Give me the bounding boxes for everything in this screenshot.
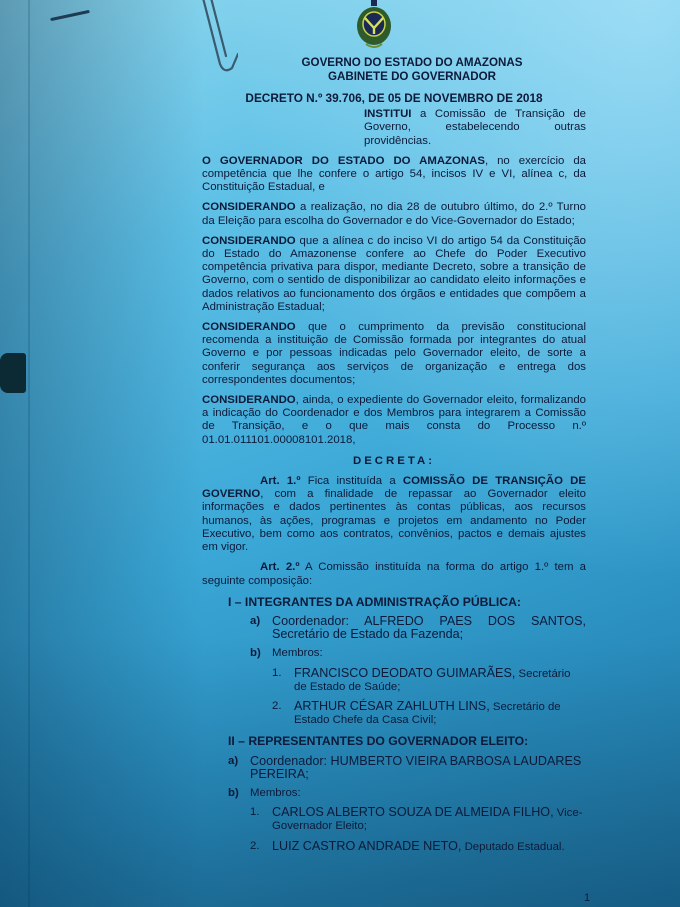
section-2-title: II – REPRESENTANTES DO GOVERNADOR ELEITO… — [228, 735, 586, 748]
page-fold — [28, 0, 30, 907]
government-heading: GOVERNO DO ESTADO DO AMAZONAS — [238, 56, 586, 70]
section-1-members: b)Membros: — [250, 647, 586, 660]
article-2: Art. 2.º A Comissão instituída na forma … — [202, 561, 586, 587]
member-item: 2.LUIZ CASTRO ANDRADE NETO, Deputado Est… — [250, 840, 586, 854]
section-2: II – REPRESENTANTES DO GOVERNADOR ELEITO… — [228, 735, 586, 853]
binder-clip-icon — [0, 353, 26, 393]
staple-icon — [50, 10, 90, 21]
section-1-title: I – INTEGRANTES DA ADMINISTRAÇÃO PÚBLICA… — [228, 596, 586, 609]
ementa: INSTITUI a Comissão de Transição de Gove… — [364, 108, 586, 148]
decreta-heading: DECRETA: — [202, 455, 586, 468]
member-item: 1.CARLOS ALBERTO SOUZA DE ALMEIDA FILHO,… — [250, 806, 586, 833]
considerando-paragraph: CONSIDERANDO a realização, no dia 28 de … — [202, 201, 586, 227]
office-heading: GABINETE DO GOVERNADOR — [238, 70, 586, 84]
decree-document: GOVERNO DO ESTADO DO AMAZONAS GABINETE D… — [202, 56, 586, 854]
considerando-paragraph: CONSIDERANDO, ainda, o expediente do Gov… — [202, 394, 586, 447]
decree-title: DECRETO N.º 39.706, DE 05 DE NOVEMBRO DE… — [202, 92, 586, 105]
member-item: 2.ARTHUR CÉSAR ZAHLUTH LINS, Secretário … — [272, 700, 586, 727]
ementa-verb: INSTITUI — [364, 108, 411, 120]
article-1: Art. 1.º Fica instituída a COMISSÃO DE T… — [202, 475, 586, 554]
state-coat-of-arms-icon — [354, 0, 394, 52]
preamble-paragraph: O GOVERNADOR DO ESTADO DO AMAZONAS, no e… — [202, 155, 586, 195]
section-1-coordinator: a)Coordenador: ALFREDO PAES DOS SANTOS, … — [250, 615, 586, 641]
member-item: 1.FRANCISCO DEODATO GUIMARÃES, Secretári… — [272, 667, 586, 694]
section-2-members: b)Membros: — [228, 787, 586, 800]
section-1: I – INTEGRANTES DA ADMINISTRAÇÃO PÚBLICA… — [228, 596, 586, 728]
considerando-paragraph: CONSIDERANDO que o cumprimento da previs… — [202, 321, 586, 387]
considerando-paragraph: CONSIDERANDO que a alínea c do inciso VI… — [202, 235, 586, 314]
section-2-coordinator: a)Coordenador: HUMBERTO VIEIRA BARBOSA L… — [228, 755, 586, 781]
page-number: 1 — [584, 892, 590, 904]
